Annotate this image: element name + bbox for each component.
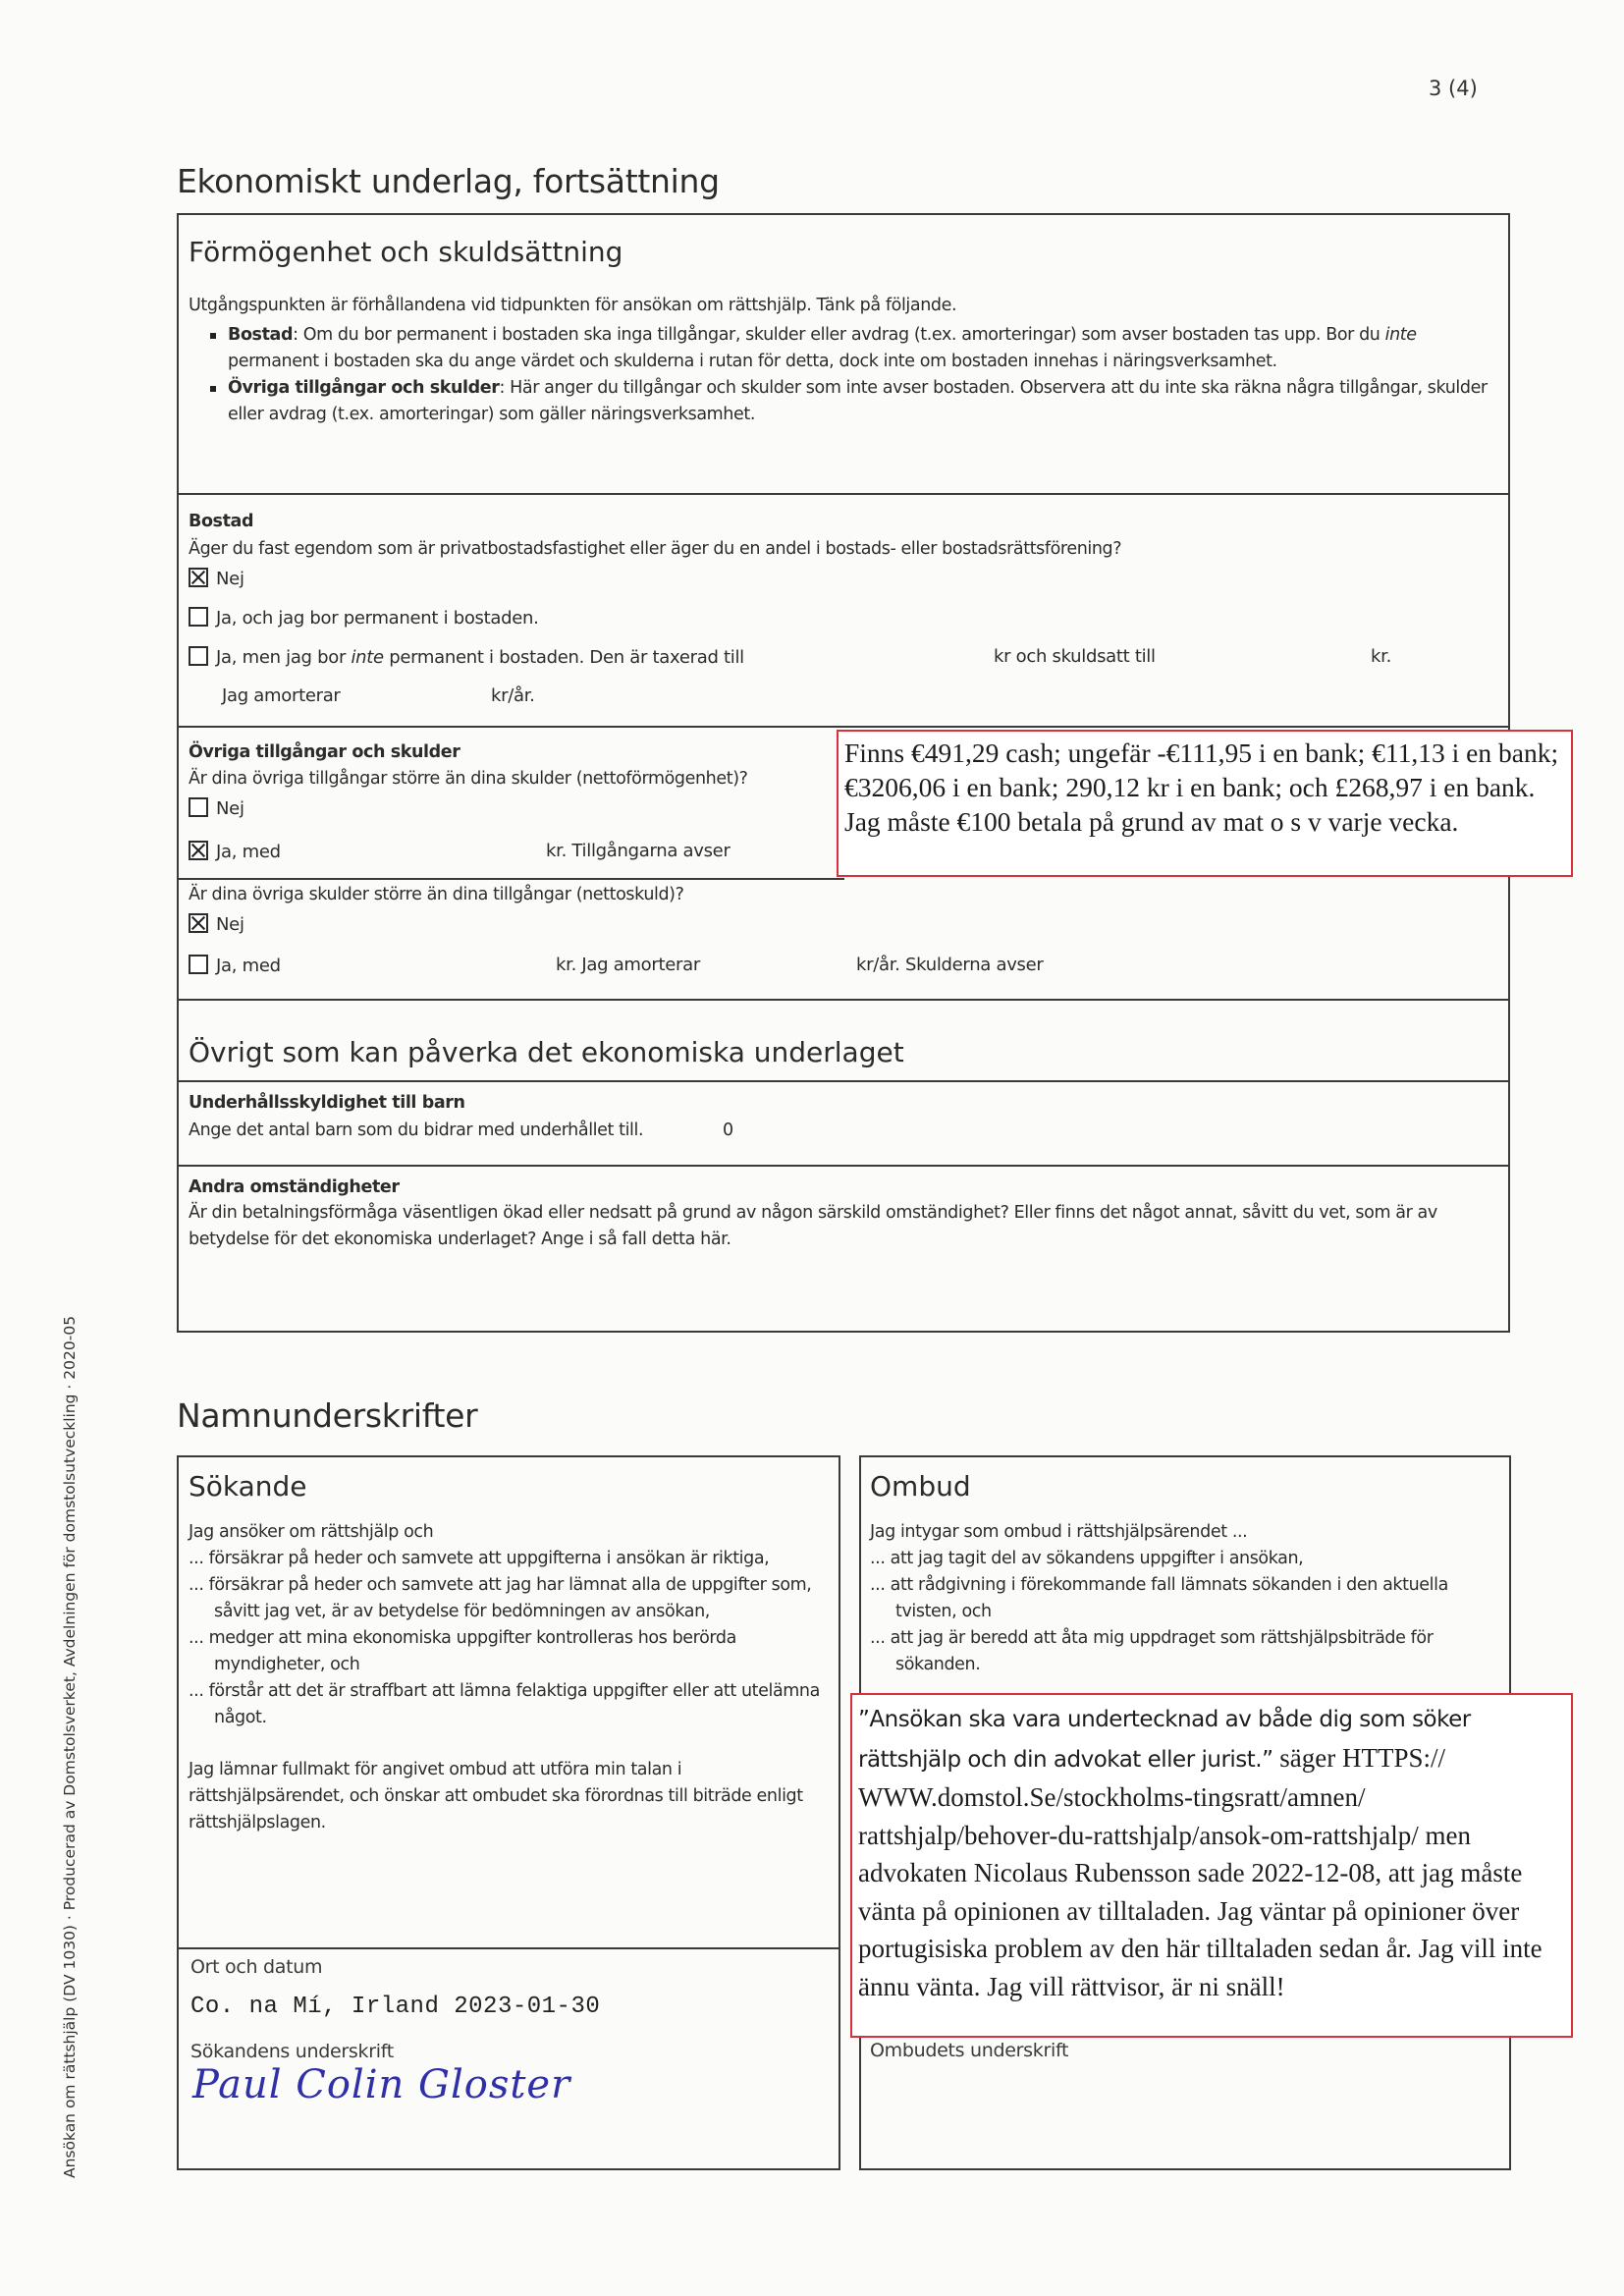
section-heading-ovrigt: Övrigt som kan påverka det ekonomiska un…	[189, 1036, 904, 1068]
ombud-list: ... att jag tagit del av sökandens uppgi…	[870, 1546, 1498, 1678]
bostad-question: Äger du fast egendom som är privatbostad…	[189, 536, 1121, 563]
q2-suffix-2: kr/år. Skulderna avser	[856, 955, 1044, 975]
divider	[177, 878, 844, 880]
fullmakt-text: Jag lämnar fullmakt för angivet ombud at…	[189, 1757, 827, 1836]
q2-suffix: kr. Jag amorterar	[556, 955, 700, 975]
ovriga-q1-nej[interactable]: Nej	[189, 797, 244, 819]
bostad-option-nej[interactable]: Nej	[189, 568, 244, 589]
bostad-heading: Bostad	[189, 509, 253, 535]
annotation-assets-note: Finns €491,29 cash; ungefär -€111,95 i e…	[837, 730, 1573, 877]
checkbox-checked[interactable]	[189, 913, 208, 933]
formogenhet-bullets: Bostad: Om du bor permanent i bostaden s…	[189, 322, 1494, 428]
bullet-bostad: Bostad: Om du bor permanent i bostaden s…	[189, 322, 1494, 375]
divider	[177, 1165, 1510, 1167]
page-number: 3 (4)	[1429, 77, 1478, 100]
underhall-value[interactable]: 0	[723, 1118, 733, 1144]
kr-label: kr.	[1371, 646, 1391, 667]
andra-text: Är din betalningsförmåga väsentligen öka…	[189, 1200, 1504, 1253]
divider	[177, 1080, 1510, 1082]
signatures-heading: Namnunderskrifter	[177, 1396, 477, 1435]
checkbox[interactable]	[189, 646, 208, 666]
checkbox-checked[interactable]	[189, 841, 208, 860]
ovriga-heading: Övriga tillgångar och skulder	[189, 739, 460, 766]
checkbox[interactable]	[189, 607, 208, 627]
divider	[177, 1947, 840, 1949]
sokande-heading: Sökande	[189, 1470, 307, 1503]
andra-heading: Andra omständigheter	[189, 1175, 400, 1201]
ort-datum-field[interactable]: Co. na Mí, Irland 2023-01-30	[190, 1994, 600, 2020]
kr-ar-label: kr/år.	[491, 685, 535, 706]
ombudets-underskrift-label: Ombudets underskrift	[870, 2040, 1068, 2061]
ort-datum-label: Ort och datum	[190, 1956, 322, 1978]
form-footer-label: Ansökan om rättshjälp (DV 1030) · Produc…	[61, 1316, 79, 2178]
note-comment: säger HTTPS:// WWW.domstol.Se/stockholms…	[858, 1743, 1543, 2001]
divider	[177, 726, 1510, 728]
jag-amorterar-label: Jag amorterar	[222, 685, 341, 706]
annotation-signature-note: ”Ansökan ska vara undertecknad av både d…	[850, 1693, 1573, 2038]
underhall-heading: Underhållsskyldighet till barn	[189, 1090, 465, 1117]
sokande-list: ... försäkrar på heder och samvete att u…	[189, 1546, 827, 1731]
bostad-option-ja-inte-permanent[interactable]: Ja, men jag bor inte permanent i bostade…	[189, 646, 744, 668]
ovriga-q2-nej[interactable]: Nej	[189, 913, 244, 935]
formogenhet-intro: Utgångspunkten är förhållandena vid tidp…	[189, 293, 956, 319]
underhall-text: Ange det antal barn som du bidrar med un…	[189, 1118, 643, 1144]
checkbox[interactable]	[189, 797, 208, 817]
bullet-ovriga: Övriga tillgångar och skulder: Här anger…	[189, 375, 1494, 428]
ovriga-q1: Är dina övriga tillgångar större än dina…	[189, 766, 748, 793]
sokande-signature[interactable]: Paul Colin Gloster	[192, 2062, 570, 2107]
ovriga-q2: Är dina övriga skulder större än dina ti…	[189, 882, 684, 908]
ombud-heading: Ombud	[870, 1470, 971, 1503]
ovriga-q2-ja[interactable]: Ja, med	[189, 955, 281, 976]
kr-och-skuldsatt-label: kr och skuldsatt till	[994, 646, 1156, 667]
page-title: Ekonomiskt underlag, fortsättning	[177, 162, 720, 200]
sokandens-underskrift-label: Sökandens underskrift	[190, 2041, 394, 2062]
sokande-declarations: Jag ansöker om rättshjälp och ... försäk…	[189, 1519, 827, 1836]
ovriga-q1-ja[interactable]: Ja, med	[189, 841, 281, 862]
q1-suffix: kr. Tillgångarna avser	[546, 841, 731, 861]
checkbox[interactable]	[189, 955, 208, 974]
divider	[177, 493, 1510, 495]
section-heading-formogenhet: Förmögenhet och skuldsättning	[189, 236, 623, 268]
checkbox-checked[interactable]	[189, 568, 208, 587]
divider	[177, 999, 1510, 1001]
ombud-declarations: Jag intygar som ombud i rättshjälpsärend…	[870, 1519, 1498, 1678]
bostad-option-ja-permanent[interactable]: Ja, och jag bor permanent i bostaden.	[189, 607, 539, 629]
